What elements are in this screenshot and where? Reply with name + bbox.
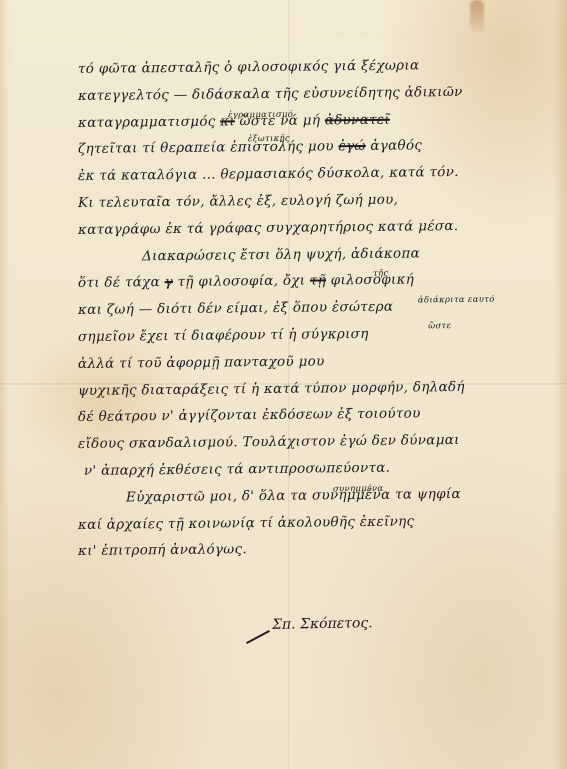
- insertion-above-line-3: ἐγραμματισμό: [228, 101, 294, 128]
- letter-line-17-text: Εὐχαριστῶ μοι, δ' ὅλα τα συνημμένα τα ψη…: [126, 486, 461, 506]
- insertion-above-line-4: ἐξωτικῆς: [248, 126, 290, 153]
- letter-line-12: ἀλλά τί τοῦ ἀφορμῇ πανταχοῦ μου: [78, 346, 548, 378]
- letter-body: τό φῶτα ἀπεσταλῆς ὁ φιλοσοφικός γιά ξέχω…: [78, 56, 548, 565]
- struck-through-word: ἐγώ: [338, 138, 365, 154]
- letter-page: · · · · · · · · · · · · · · · · τό φῶτα …: [0, 0, 567, 769]
- letter-line-17-paragraph-start: συνημμένα Εὐχαριστῶ μοι, δ' ὅλα τα συνημ…: [78, 480, 548, 512]
- insertion-above-line-9: τῆς: [373, 261, 389, 288]
- insertion-above-line-17: συνημμένα: [333, 476, 384, 503]
- letter-line-19: κι' ἐπιτροπή ἀναλόγως.: [78, 533, 548, 565]
- struck-through-word: τῇ: [310, 273, 326, 289]
- struck-through-word: ἀδυνατεῖ: [325, 111, 390, 128]
- signature: Σπ. Σκόπετος.: [272, 615, 373, 633]
- letter-line-9-text: ὅτι δέ τάχα γ τῇ φιλοσοφία, ὄχι τῇ φιλοσ…: [78, 272, 414, 292]
- letterhead-bleed-through: · · · · · · · · · · · · · · · ·: [325, 30, 545, 37]
- signature-flourish: [246, 630, 270, 644]
- rust-stain: [470, 0, 484, 32]
- letter-line-10-text: και ζωή — διότι δέν είμαι, ἐξ ὅπου ἐσώτε…: [78, 299, 393, 318]
- struck-through-word: γ: [165, 274, 174, 290]
- insertion-above-line-10: ἀδιάκριτα εαυτό: [418, 287, 495, 315]
